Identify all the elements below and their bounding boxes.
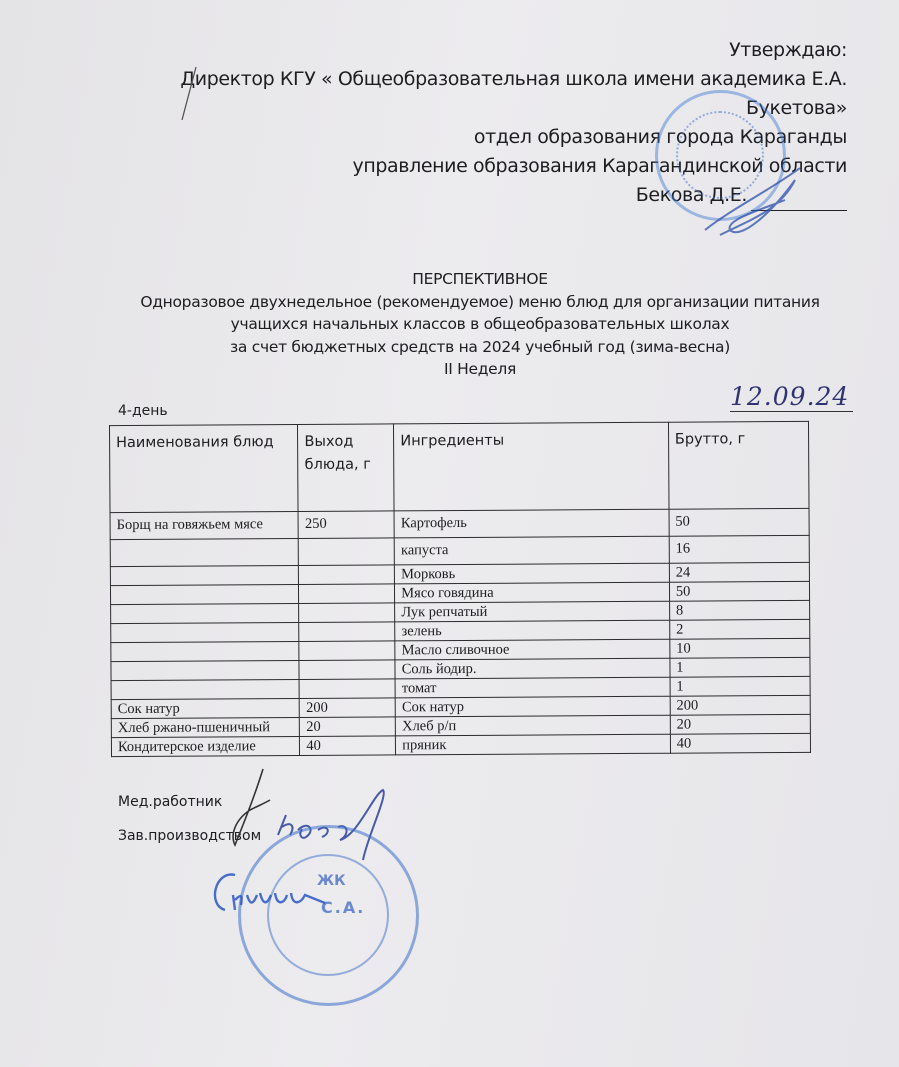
cell-dish xyxy=(111,603,300,623)
table-header-row: Наименования блюд Выход блюда, г Ингреди… xyxy=(109,421,809,512)
cell-yield xyxy=(299,660,395,680)
cell-gross: 1 xyxy=(670,657,810,677)
cell-yield xyxy=(299,538,395,566)
cell-gross: 16 xyxy=(669,535,809,563)
cell-ingredient: Соль йодир. xyxy=(395,658,670,679)
cell-yield: 250 xyxy=(298,511,394,539)
cell-ingredient: Морковь xyxy=(395,563,670,584)
cell-ingredient: Лук репчатый xyxy=(395,601,670,622)
cell-ingredient: капуста xyxy=(394,536,669,565)
cell-ingredient: Сок натур xyxy=(395,696,670,717)
header-gross: Брутто, г xyxy=(668,421,809,509)
approval-director-line: Директор КГУ « Общеобразовательная школа… xyxy=(180,65,847,94)
approval-heading: Утверждаю: xyxy=(180,36,847,65)
cell-dish: Хлеб ржано-пшеничный xyxy=(111,717,300,737)
cell-dish xyxy=(110,584,299,604)
cell-yield xyxy=(299,679,395,699)
stamp-signature xyxy=(205,865,355,925)
cell-ingredient: томат xyxy=(395,677,670,698)
cell-ingredient: зелень xyxy=(395,620,670,641)
day-label: 4-день xyxy=(118,403,168,419)
med-worker-label: Мед.работник xyxy=(118,794,222,810)
cell-gross: 8 xyxy=(669,600,809,620)
cell-ingredient: Масло сливочное xyxy=(395,639,670,660)
pen-stroke xyxy=(180,65,200,125)
cell-dish: Борщ на говяжьем мясе xyxy=(110,511,299,539)
cell-dish xyxy=(111,622,300,642)
handwritten-date: 12.09.24 xyxy=(730,382,853,412)
header-yield: Выход блюда, г xyxy=(298,424,394,512)
title-line-3: за счет бюджетных средств на 2024 учебны… xyxy=(100,336,860,359)
cell-yield xyxy=(299,603,395,623)
table-row: Борщ на говяжьем мясе250Картофель50 xyxy=(110,508,809,539)
header-ingredients: Ингредиенты xyxy=(394,422,669,511)
cell-yield: 40 xyxy=(300,736,396,756)
cell-dish xyxy=(111,660,300,680)
cell-gross: 24 xyxy=(669,562,809,582)
cell-dish xyxy=(111,679,300,699)
cell-dish: Кондитерское изделие xyxy=(111,736,300,756)
table-row: Кондитерское изделие40пряник40 xyxy=(111,733,810,756)
cell-gross: 200 xyxy=(670,695,810,715)
title-kind: ПЕРСПЕКТИВНОЕ xyxy=(100,268,860,291)
menu-table: Наименования блюд Выход блюда, г Ингреди… xyxy=(109,421,811,757)
cell-dish xyxy=(110,565,299,585)
title-line-2: учащихся начальных классов в общеобразов… xyxy=(100,313,860,336)
title-line-1: Одноразовое двухнедельное (рекомендуемое… xyxy=(100,291,860,314)
cell-gross: 1 xyxy=(670,676,810,696)
cell-gross: 10 xyxy=(670,638,810,658)
cell-yield xyxy=(299,565,395,585)
header-dish-name: Наименования блюд xyxy=(109,424,298,512)
cell-yield: 20 xyxy=(300,717,396,737)
cell-ingredient: Картофель xyxy=(394,509,669,538)
cell-dish: Сок натур xyxy=(111,698,300,718)
director-signature xyxy=(700,160,820,250)
cell-gross: 50 xyxy=(669,508,809,536)
cell-gross: 20 xyxy=(670,714,810,734)
cell-yield xyxy=(299,622,395,642)
cell-yield xyxy=(299,584,395,604)
cell-ingredient: пряник xyxy=(396,734,671,755)
med-worker-signature xyxy=(215,765,275,855)
cell-yield xyxy=(299,641,395,661)
cell-yield: 200 xyxy=(300,698,396,718)
cell-dish xyxy=(110,538,299,566)
cell-ingredient: Мясо говядина xyxy=(395,582,670,603)
document-title: ПЕРСПЕКТИВНОЕ Одноразовое двухнедельное … xyxy=(100,268,860,381)
cell-dish xyxy=(111,641,300,661)
title-week: II Неделя xyxy=(100,358,860,381)
cell-gross: 40 xyxy=(670,733,810,753)
cell-gross: 2 xyxy=(669,619,809,639)
cell-ingredient: Хлеб р/п xyxy=(396,715,671,736)
cell-gross: 50 xyxy=(669,581,809,601)
table-row: капуста16 xyxy=(110,535,809,566)
